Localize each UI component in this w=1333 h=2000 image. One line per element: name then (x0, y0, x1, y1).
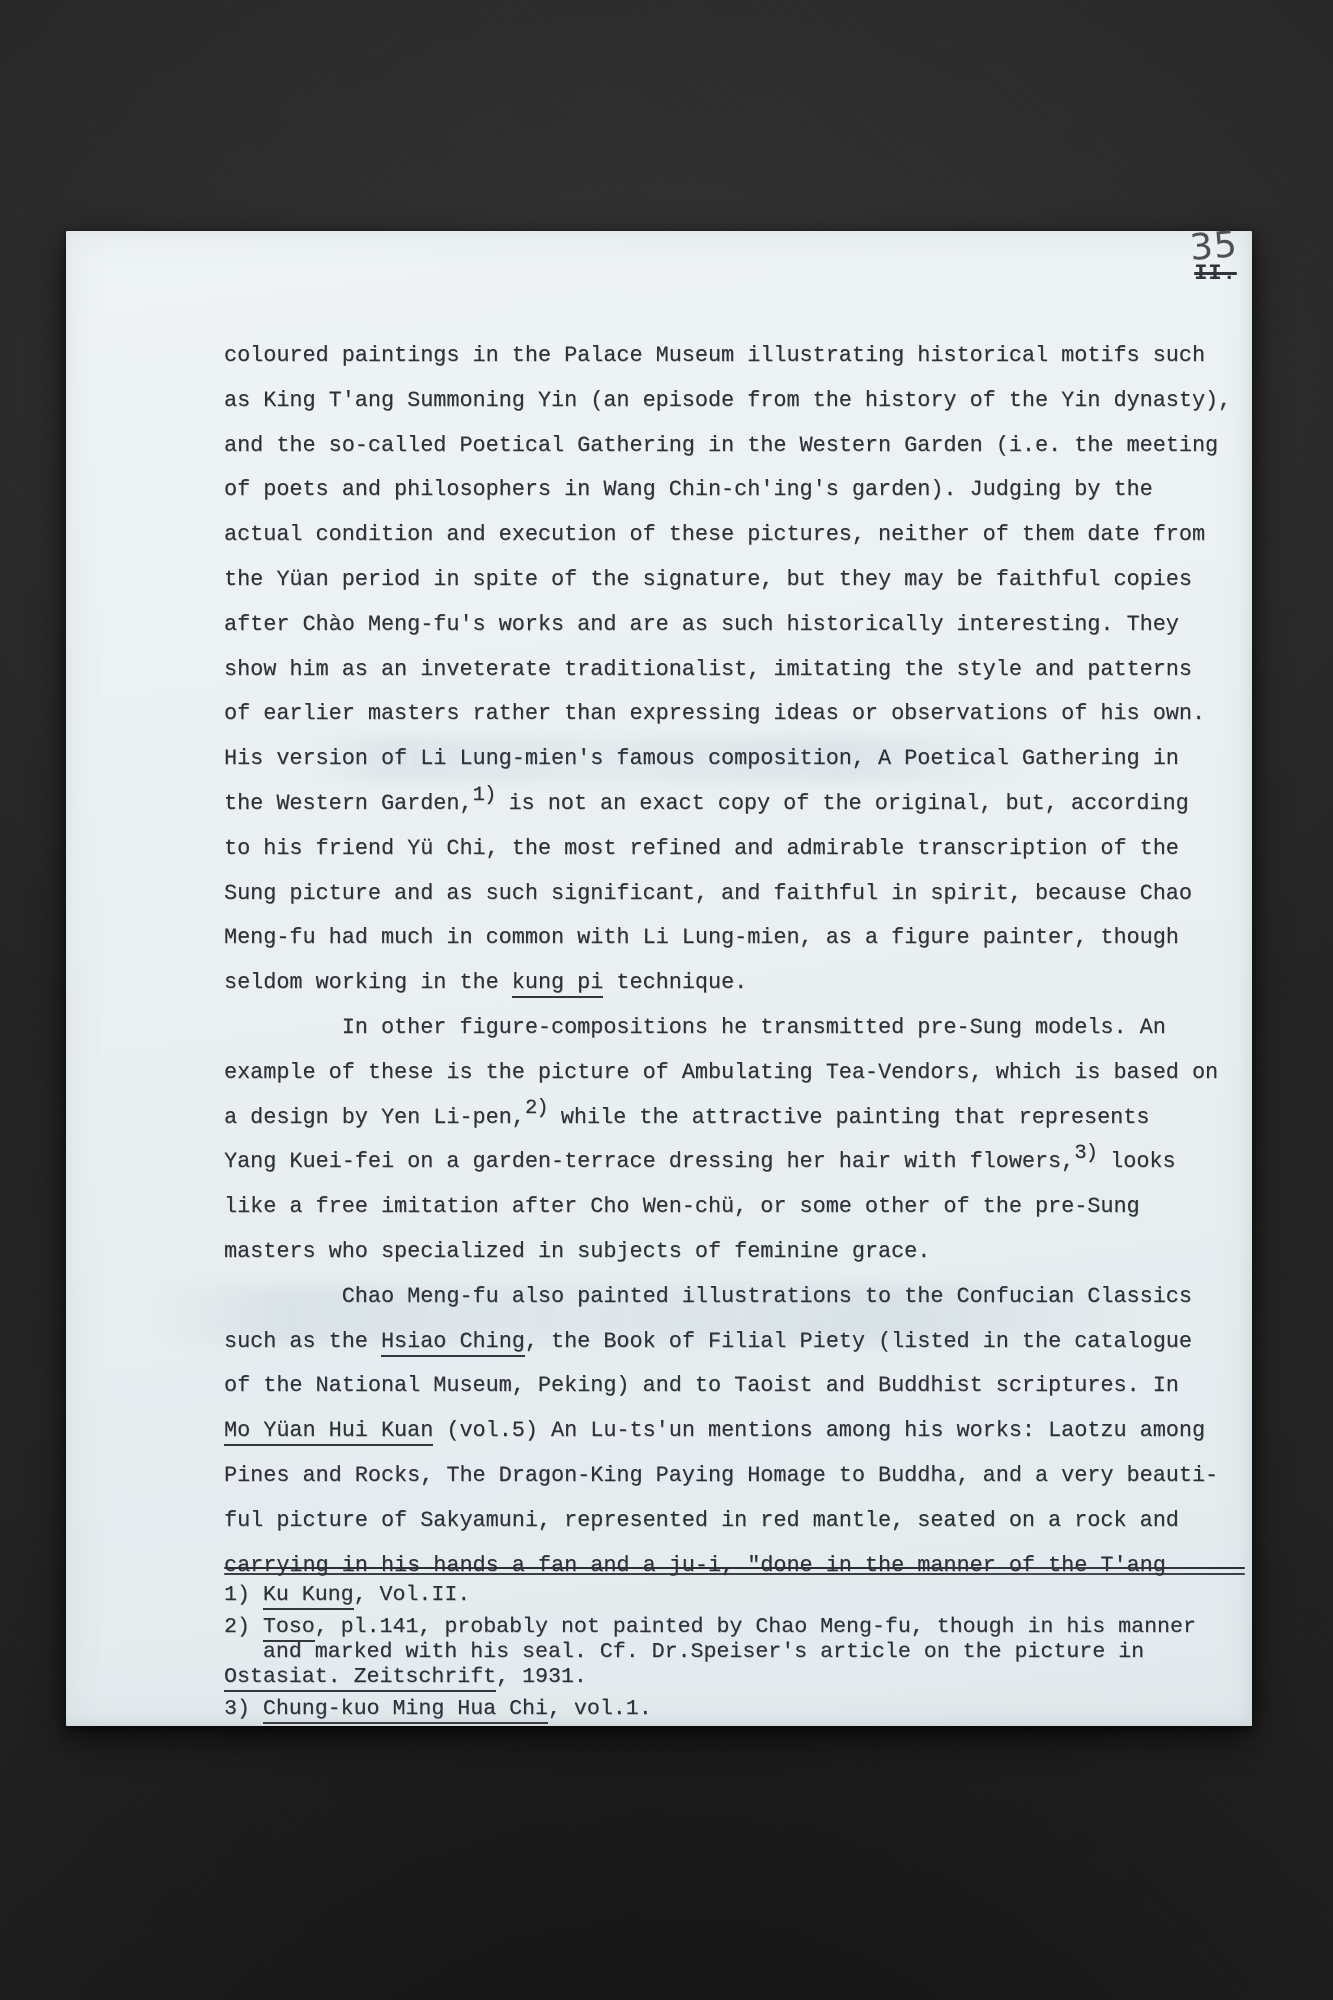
underlined-title: Chung-kuo Ming Hua Chi (263, 1697, 548, 1724)
text-run: , Vol.II. (354, 1583, 471, 1607)
text-line: Chao Meng-fu also painted illustrations … (224, 1275, 1264, 1320)
underlined-title: Toso (263, 1615, 315, 1642)
text-run: actual condition and execution of these … (224, 522, 1205, 547)
text-line: and the so-called Poetical Gathering in … (224, 424, 1264, 469)
text-run: , the Book of Filial Piety (listed in th… (525, 1329, 1192, 1354)
footnote: 3) Chung-kuo Ming Hua Chi, vol.1. (224, 1697, 1264, 1722)
text-line: the Yüan period in spite of the signatur… (224, 558, 1264, 603)
document-page: 35 II. coloured paintings in the Palace … (66, 231, 1252, 1726)
page-number-block: 35 II. (1190, 232, 1238, 285)
text-line: of the National Museum, Peking) and to T… (224, 1364, 1264, 1409)
text-run: looks (1097, 1149, 1175, 1174)
text-line: like a free imitation after Cho Wen-chü,… (224, 1185, 1264, 1230)
text-line: 2) Toso, pl.141, probably not painted by… (224, 1615, 1264, 1640)
text-line: His version of Li Lung-mien's famous com… (224, 737, 1264, 782)
text-line: Yang Kuei-fei on a garden-terrace dressi… (224, 1140, 1264, 1185)
text-line: 3) Chung-kuo Ming Hua Chi, vol.1. (224, 1697, 1264, 1722)
text-run: coloured paintings in the Palace Museum … (224, 343, 1205, 368)
text-run: after Chào Meng-fu's works and are as su… (224, 612, 1179, 637)
photo-backdrop: 35 II. coloured paintings in the Palace … (0, 0, 1333, 2000)
text-line: such as the Hsiao Ching, the Book of Fil… (224, 1320, 1264, 1365)
text-line: a design by Yen Li-pen,2) while the attr… (224, 1096, 1264, 1141)
text-run: seldom working in the (224, 970, 512, 995)
text-run: of poets and philosophers in Wang Chin-c… (224, 477, 1153, 502)
text-run: of the National Museum, Peking) and to T… (224, 1373, 1179, 1398)
text-line: to his friend Yü Chi, the most refined a… (224, 827, 1264, 872)
body-text: coloured paintings in the Palace Museum … (224, 334, 1264, 1588)
text-line: of earlier masters rather than expressin… (224, 692, 1264, 737)
text-run: and marked with his seal. Cf. Dr.Speiser… (224, 1640, 1144, 1664)
text-run: , pl.141, probably not painted by Chao M… (315, 1615, 1196, 1639)
footnotes: 1) Ku Kung, Vol.II.2) Toso, pl.141, prob… (224, 1583, 1264, 1729)
text-run: 3) (224, 1697, 263, 1721)
text-line: the Western Garden,1) is not an exact co… (224, 782, 1264, 827)
text-run: Chao Meng-fu also painted illustrations … (224, 1284, 1192, 1309)
text-run: is not an exact copy of the original, bu… (495, 791, 1188, 816)
text-run: the Western Garden, (224, 791, 473, 816)
text-run: , 1931. (496, 1665, 587, 1689)
text-run: to his friend Yü Chi, the most refined a… (224, 836, 1179, 861)
text-run: example of these is the picture of Ambul… (224, 1060, 1218, 1085)
footnote-reference: 2) (525, 1097, 548, 1120)
rule-line (224, 1567, 1245, 1569)
text-run: masters who specialized in subjects of f… (224, 1239, 930, 1264)
footnote: 1) Ku Kung, Vol.II. (224, 1583, 1264, 1608)
text-line: Sung picture and as such significant, an… (224, 872, 1264, 917)
text-line: and marked with his seal. Cf. Dr.Speiser… (224, 1640, 1264, 1665)
underlined-title: Ku Kung (263, 1583, 354, 1610)
footnote-reference: 3) (1074, 1142, 1097, 1165)
text-run: (vol.5) An Lu-ts'un mentions among his w… (433, 1418, 1205, 1443)
underlined-title: Hsiao Ching (381, 1329, 525, 1357)
text-run: of earlier masters rather than expressin… (224, 701, 1205, 726)
text-run: In other figure-compositions he transmit… (224, 1015, 1166, 1040)
text-run: 2) (224, 1615, 263, 1639)
text-run: like a free imitation after Cho Wen-chü,… (224, 1194, 1140, 1219)
text-line: 1) Ku Kung, Vol.II. (224, 1583, 1264, 1608)
text-line: Mo Yüan Hui Kuan (vol.5) An Lu-ts'un men… (224, 1409, 1264, 1454)
text-line: coloured paintings in the Palace Museum … (224, 334, 1264, 379)
text-line: Ostasiat. Zeitschrift, 1931. (224, 1665, 1264, 1690)
text-run: a design by Yen Li-pen, (224, 1105, 525, 1130)
footnote: 2) Toso, pl.141, probably not painted by… (224, 1615, 1264, 1690)
text-line: show him as an inveterate traditionalist… (224, 648, 1264, 693)
text-line: Pines and Rocks, The Dragon-King Paying … (224, 1454, 1264, 1499)
underlined-title: Ostasiat. Zeitschrift (224, 1665, 496, 1692)
text-line: In other figure-compositions he transmit… (224, 1006, 1264, 1051)
text-run: Sung picture and as such significant, an… (224, 881, 1192, 906)
rule-line (224, 1573, 1245, 1575)
text-line: ful picture of Sakyamuni, represented in… (224, 1499, 1264, 1544)
handwritten-page-number: 35 (1189, 230, 1239, 264)
text-line: masters who specialized in subjects of f… (224, 1230, 1264, 1275)
text-run: Pines and Rocks, The Dragon-King Paying … (224, 1463, 1218, 1488)
text-run: His version of Li Lung-mien's famous com… (224, 746, 1179, 771)
text-run: the Yüan period in spite of the signatur… (224, 567, 1192, 592)
text-run: and the so-called Poetical Gathering in … (224, 433, 1218, 458)
underlined-title: Mo Yüan Hui Kuan (224, 1418, 433, 1446)
text-run: show him as an inveterate traditionalist… (224, 657, 1192, 682)
text-line: Meng-fu had much in common with Li Lung-… (224, 916, 1264, 961)
text-line: after Chào Meng-fu's works and are as su… (224, 603, 1264, 648)
text-run: 1) (224, 1583, 263, 1607)
text-run: Yang Kuei-fei on a garden-terrace dressi… (224, 1149, 1074, 1174)
text-run: as King T'ang Summoning Yin (an episode … (224, 388, 1231, 413)
footnote-reference: 1) (473, 784, 496, 807)
text-line: of poets and philosophers in Wang Chin-c… (224, 468, 1264, 513)
underlined-title: kung pi (512, 970, 604, 998)
text-line: seldom working in the kung pi technique. (224, 961, 1264, 1006)
text-line: actual condition and execution of these … (224, 513, 1264, 558)
text-run: while the attractive painting that repre… (548, 1105, 1150, 1130)
text-line: example of these is the picture of Ambul… (224, 1051, 1264, 1096)
text-run: Meng-fu had much in common with Li Lung-… (224, 925, 1179, 950)
text-line: carrying in his hands a fan and a ju-i, … (224, 1544, 1264, 1589)
text-run: such as the (224, 1329, 381, 1354)
text-run: technique. (603, 970, 747, 995)
text-run: ful picture of Sakyamuni, represented in… (224, 1508, 1179, 1533)
text-line: as King T'ang Summoning Yin (an episode … (224, 379, 1264, 424)
text-run: , vol.1. (548, 1697, 652, 1721)
footnote-separator-rule (224, 1567, 1245, 1575)
